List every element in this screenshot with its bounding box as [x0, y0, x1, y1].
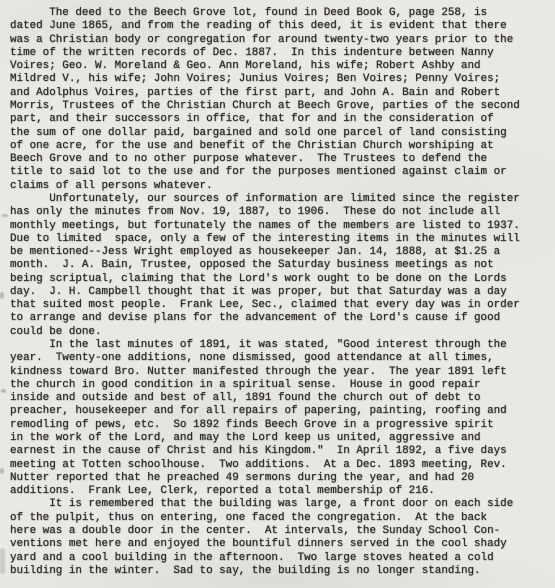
text-line: year. Twenty-one additions, none dismiss… — [10, 352, 545, 365]
text-line: Morris, Trustees of the Christian Church… — [10, 100, 545, 113]
text-line: could be done. — [10, 326, 545, 339]
scan-mark — [1, 389, 6, 393]
text-line: Beech Grove and to no other purpose what… — [10, 153, 545, 166]
text-line: the church in good condition in a spirit… — [10, 379, 545, 392]
text-line: day. J. H. Campbell thought that it was … — [10, 286, 545, 299]
text-line: and Adolphus Voires, parties of the firs… — [10, 87, 545, 100]
paragraph-deed: The deed to the Beech Grove lot, found i… — [10, 7, 545, 193]
text-line: monthly meetings, but fortunately the na… — [10, 220, 545, 233]
text-line: remodling of pews, etc. So 1892 finds Be… — [10, 419, 545, 432]
scan-mark — [0, 292, 4, 299]
text-line: Mildred V., his wife; John Voires; Juniu… — [10, 73, 545, 86]
text-line: yard and a cool building in the afternoo… — [10, 552, 545, 565]
text-line: Voires; Geo. W. Moreland & Geo. Ann More… — [10, 60, 545, 73]
text-line: time of the written records of Dec. 1887… — [10, 47, 545, 60]
text-line: that suited most people. Frank Lee, Sec.… — [10, 299, 545, 312]
text-line: kindness toward Bro. Nutter manifested t… — [10, 366, 545, 379]
text-line: claims of all persons whatever. — [10, 180, 545, 193]
text-line: Unfortunately, our sources of informatio… — [10, 193, 545, 206]
paragraph-1891-minutes: In the last minutes of 1891, it was stat… — [10, 339, 545, 498]
paragraph-register-minutes: Unfortunately, our sources of informatio… — [10, 193, 545, 339]
text-line: ventions met here and enjoyed the bounti… — [10, 538, 545, 551]
text-line: inside and outside and best of all, 1891… — [10, 392, 545, 405]
text-line: has only the minutes from Nov. 19, 1887,… — [10, 206, 545, 219]
scan-mark — [0, 548, 5, 574]
text-line: title to said lot to the use and for the… — [10, 166, 545, 179]
text-line: additions. Frank Lee, Clerk, reported a … — [10, 485, 545, 498]
text-line: meeting at Totten schoolhouse. Two addit… — [10, 459, 545, 472]
text-line: In the last minutes of 1891, it was stat… — [10, 339, 545, 352]
text-line: to arrange and devise plans for the adva… — [10, 312, 545, 325]
text-line: dated June 1865, and from the reading of… — [10, 20, 545, 33]
text-line: here was a double door in the center. At… — [10, 525, 545, 538]
text-line: of one acre, for the use and benefit of … — [10, 140, 545, 153]
text-line: month. J. A. Bain, Trustee, opposed the … — [10, 259, 545, 272]
text-line: the sum of one dollar paid, bargained an… — [10, 127, 545, 140]
text-line: earnest in the cause of Christ and his K… — [10, 445, 545, 458]
paragraph-building-description: It is remembered that the building was l… — [10, 498, 545, 578]
text-line: was a Christian body or congregation for… — [10, 34, 545, 47]
text-line: part, and their successors in office, th… — [10, 113, 545, 126]
text-line: of the pulpit, thus on entering, one fac… — [10, 512, 545, 525]
text-line: preacher, housekeeper and for all repair… — [10, 405, 545, 418]
text-line: Due to limited space, only a few of the … — [10, 233, 545, 246]
document-page: The deed to the Beech Grove lot, found i… — [0, 0, 555, 588]
text-line: in the work of the Lord, and may the Lor… — [10, 432, 545, 445]
text-line: Nutter reported that he preached 49 serm… — [10, 472, 545, 485]
text-line: It is remembered that the building was l… — [10, 498, 545, 511]
text-line: be mentioned--Jess Wright employed as ho… — [10, 246, 545, 259]
text-line: building in the winter. Sad to say, the … — [10, 565, 545, 578]
text-line: The deed to the Beech Grove lot, found i… — [10, 7, 545, 20]
scan-mark — [2, 214, 8, 217]
scan-mark — [0, 468, 4, 474]
text-line: being scriptual, claiming that the Lord'… — [10, 273, 545, 286]
